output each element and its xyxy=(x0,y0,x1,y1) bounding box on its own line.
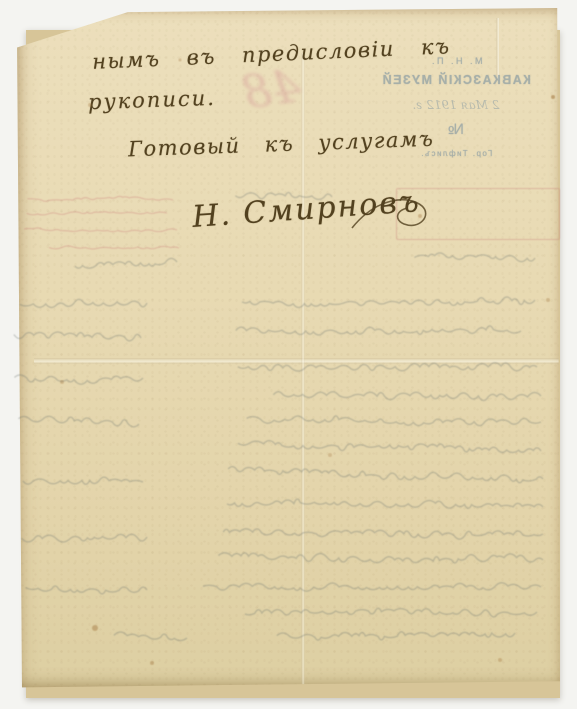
stamp-handwritten-date: 2 Мая 1912 г. xyxy=(352,98,560,112)
signature-flourish xyxy=(346,188,436,248)
scanned-letter-page: 48 М. Н. П. КАВКАЗСКІЙ МУЗЕЙ 2 Мая 1912 … xyxy=(0,0,577,709)
pink-numeral-bleedthrough: 48 xyxy=(239,58,304,120)
handwritten-line-2: рукописи. xyxy=(88,86,217,114)
stamp-museum-name: КАВКАЗСКІЙ МУЗЕЙ xyxy=(352,73,560,87)
